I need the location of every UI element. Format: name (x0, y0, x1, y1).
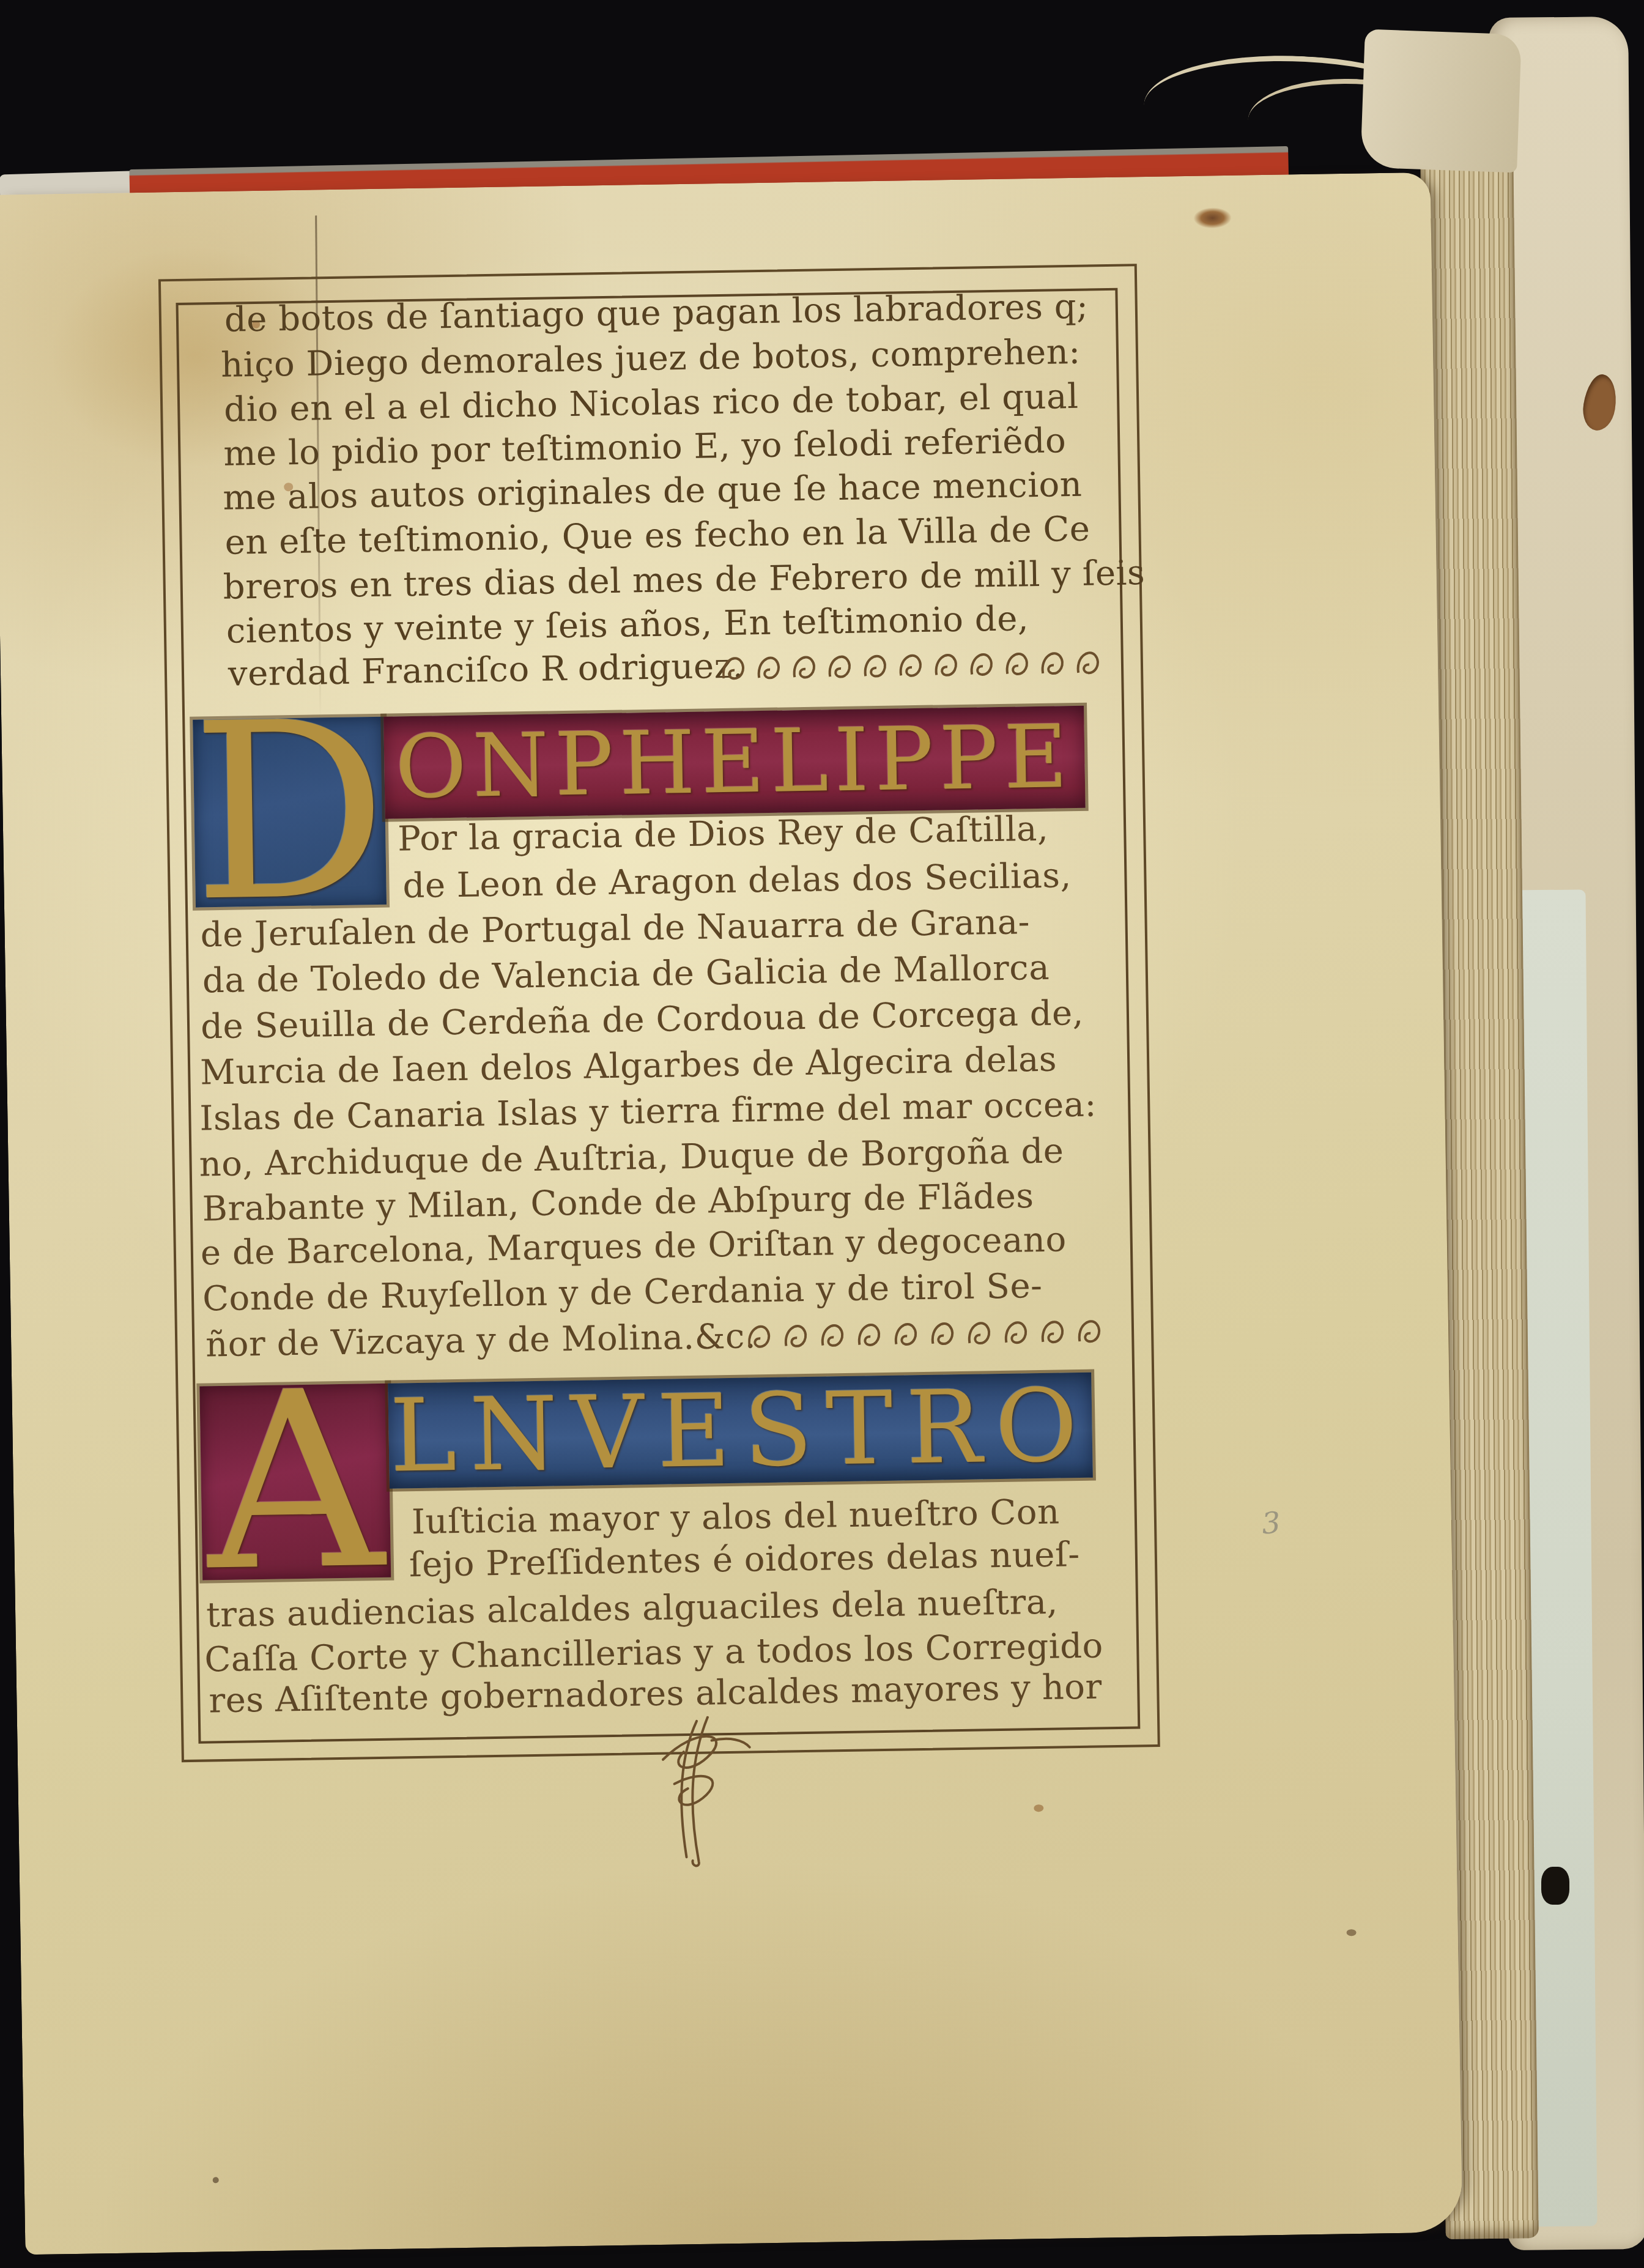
dark-tie (1541, 1867, 1569, 1905)
illuminated-initial-block-red: A (199, 1384, 391, 1581)
heading-band-phelippe: ONPHELIPPE (383, 706, 1085, 819)
rubric-flourish-icon (638, 1715, 769, 1870)
heading-band-nvestro-text: LNVESTRO (389, 1366, 1092, 1494)
stain (1193, 207, 1232, 229)
margin-inscription: 3 (1261, 1505, 1290, 1541)
manuscript-photo: de botos de ſantiago que pagan los labra… (0, 0, 1644, 2268)
illuminated-initial-block-blue: D (193, 717, 387, 908)
parchment-page: de botos de ſantiago que pagan los labra… (0, 172, 1462, 2255)
scribe-flourish-icon (748, 1314, 1116, 1356)
illuminated-initial-a: A (206, 1358, 385, 1604)
stain (1347, 1929, 1357, 1936)
heading-band-phelippe-text: ONPHELIPPE (394, 706, 1074, 818)
stain (1034, 1804, 1043, 1812)
illuminated-initial-d: D (190, 689, 389, 935)
curled-page-corner (1360, 29, 1522, 173)
heading-band-nvestro: LNVESTRO (388, 1373, 1093, 1489)
stain (213, 2177, 219, 2183)
scribe-flourish-icon (722, 645, 1114, 691)
